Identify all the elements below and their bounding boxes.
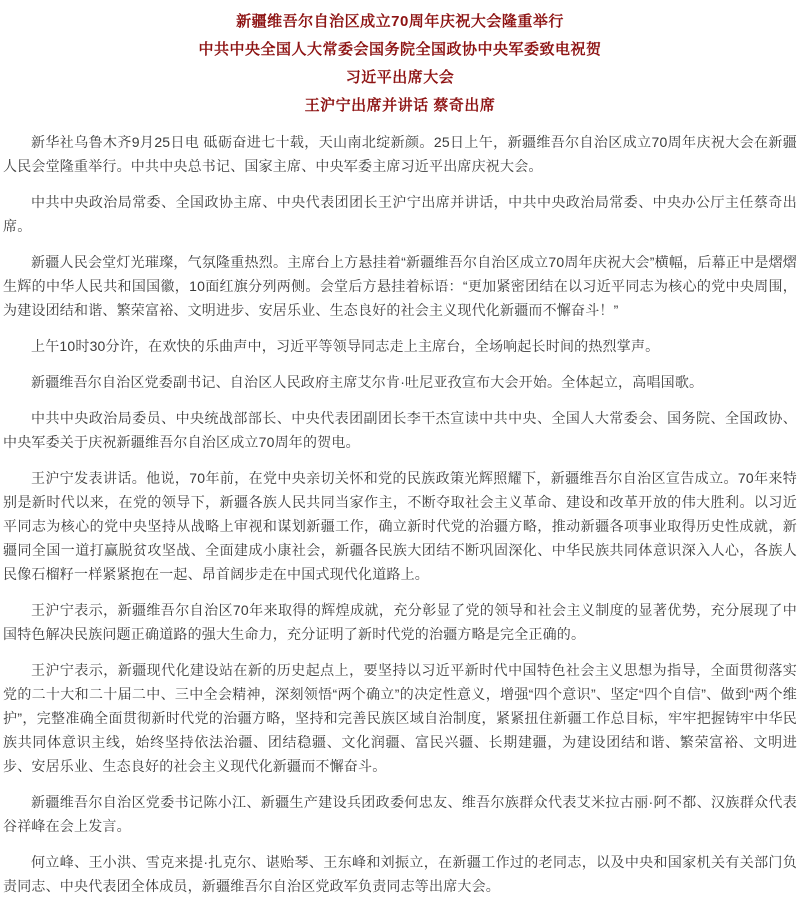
- article-paragraph-speech-2: 王沪宁表示，新疆维吾尔自治区70年来取得的辉煌成就，充分彰显了党的领导和社会主义…: [3, 598, 797, 646]
- article-paragraph-dateline-lead: 新华社乌鲁木齐9月25日电 砥砺奋进七十载，天山南北绽新颜。25日上午，新疆维吾…: [3, 130, 797, 178]
- article-paragraph-venue: 新疆人民会堂灯光璀璨，气氛隆重热烈。主席台上方悬挂着“新疆维吾尔自治区成立70周…: [3, 250, 797, 322]
- headline-line-3: 习近平出席大会: [3, 64, 797, 92]
- article-paragraph-anthem: 新疆维吾尔自治区党委副书记、自治区人民政府主席艾尔肯·吐尼亚孜宣布大会开始。全体…: [3, 370, 797, 394]
- article-paragraph-speech-3: 王沪宁表示，新疆现代化建设站在新的历史起点上，要坚持以习近平新时代中国特色社会主…: [3, 658, 797, 778]
- article-paragraph-other-attendees: 何立峰、王小洪、雪克来提·扎克尔、谌贻琴、王东峰和刘振立，在新疆工作过的老同志，…: [3, 850, 797, 898]
- article-paragraph-speakers: 新疆维吾尔自治区党委书记陈小江、新疆生产建设兵团政委何忠友、维吾尔族群众代表艾米…: [3, 790, 797, 838]
- article-paragraph-opening: 上午10时30分许，在欢快的乐曲声中，习近平等领导同志走上主席台，全场响起长时间…: [3, 334, 797, 358]
- article-body: 新华社乌鲁木齐9月25日电 砥砺奋进七十载，天山南北绽新颜。25日上午，新疆维吾…: [3, 130, 797, 898]
- article-paragraph-attendees: 中共中央政治局常委、全国政协主席、中央代表团团长王沪宁出席并讲话，中共中央政治局…: [3, 190, 797, 238]
- headline-line-1: 新疆维吾尔自治区成立70周年庆祝大会隆重举行: [3, 8, 797, 36]
- headline-line-2: 中共中央全国人大常委会国务院全国政协中央军委致电祝贺: [3, 36, 797, 64]
- article-paragraph-speech-1: 王沪宁发表讲话。他说，70年前，在党中央亲切关怀和党的民族政策光辉照耀下，新疆维…: [3, 466, 797, 586]
- article-headline-block: 新疆维吾尔自治区成立70周年庆祝大会隆重举行 中共中央全国人大常委会国务院全国政…: [3, 8, 797, 124]
- article-page: 新疆维吾尔自治区成立70周年庆祝大会隆重举行 中共中央全国人大常委会国务院全国政…: [0, 0, 800, 914]
- article-paragraph-congratulatory-message: 中共中央政治局委员、中央统战部部长、中央代表团副团长李干杰宣读中共中央、全国人大…: [3, 406, 797, 454]
- headline-line-4: 王沪宁出席并讲话 蔡奇出席: [3, 92, 797, 120]
